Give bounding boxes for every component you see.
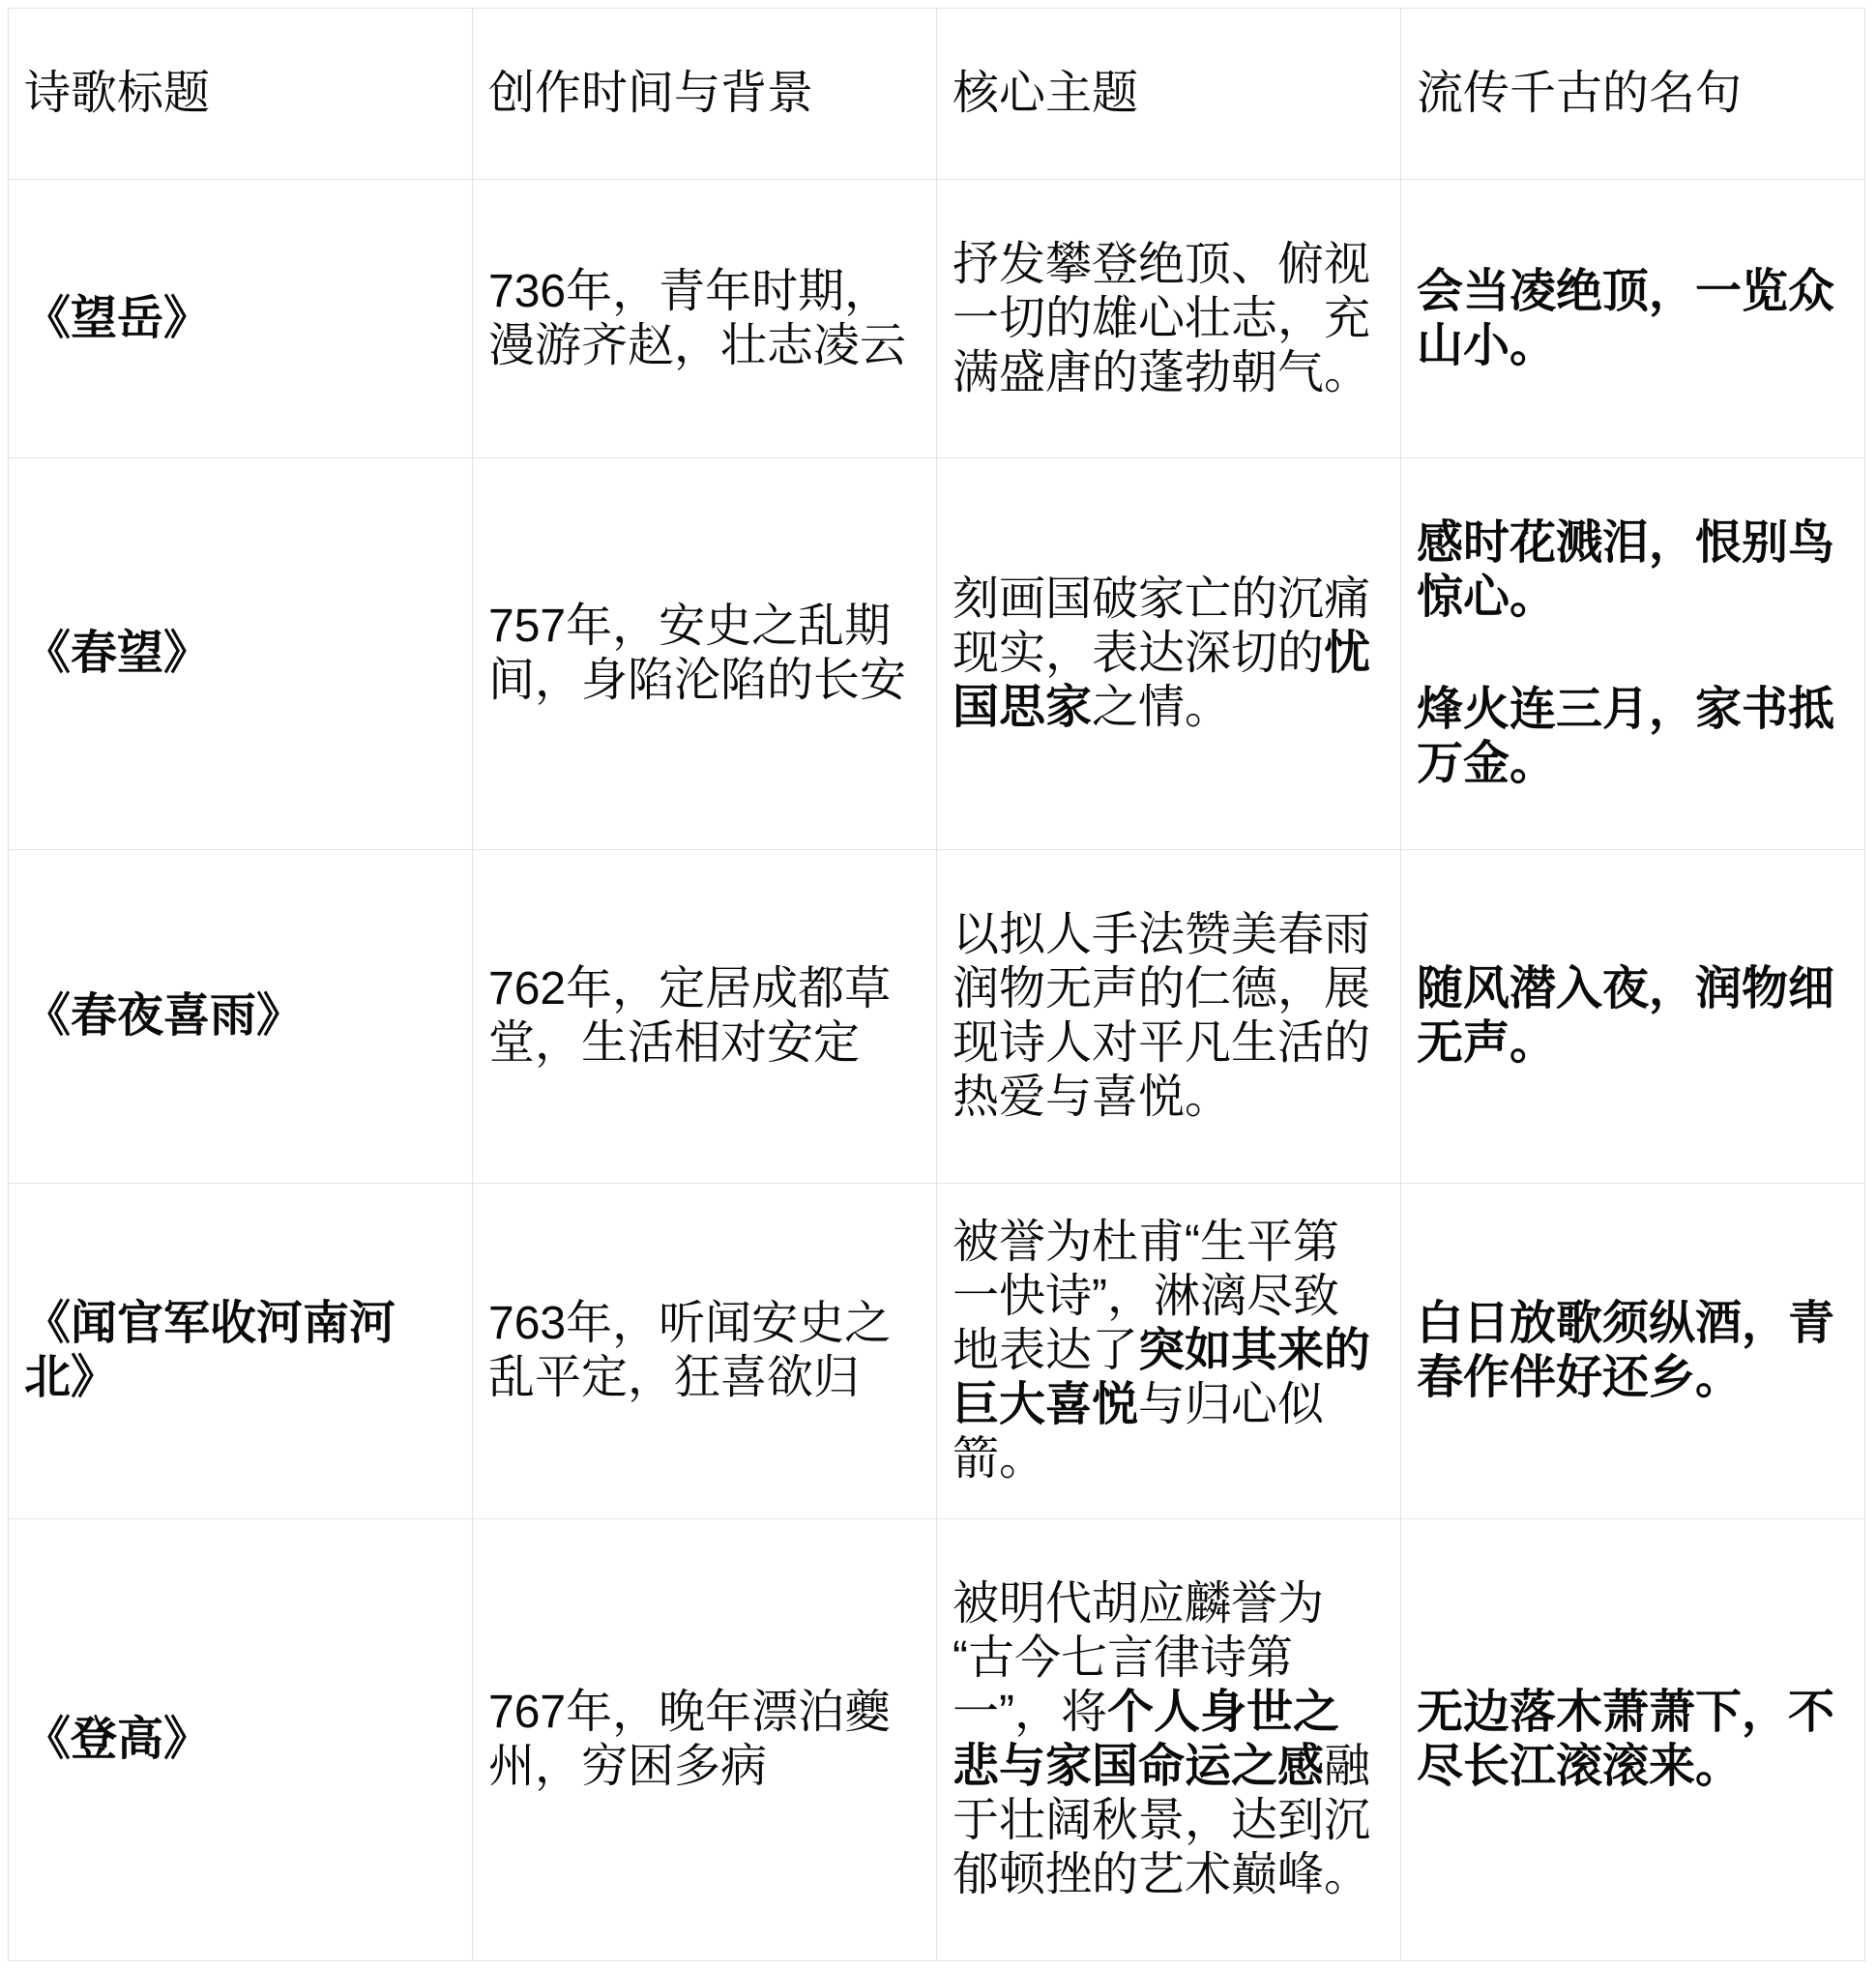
poetry-table-page: 诗歌标题 创作时间与背景 核心主题 流传千古的名句 《望岳》736年，青年时期，… xyxy=(0,0,1876,1969)
column-header-title: 诗歌标题 xyxy=(9,9,473,180)
famous-quote-line: 会当凌绝顶，一览众山小。 xyxy=(1417,265,1849,373)
famous-quote-line: 无边落木萧萧下，不尽长江滚滚来。 xyxy=(1417,1686,1849,1794)
core-theme-text: 被誉为杜甫“生平第一快诗”，淋漓尽致地表达了突如其来的巨大喜悦与归心似箭。 xyxy=(953,1216,1385,1486)
famous-quote-line: 随风潜入夜，润物细无声。 xyxy=(1417,962,1849,1071)
core-theme-cell: 以拟人手法赞美春雨润物无声的仁德，展现诗人对平凡生活的热爱与喜悦。 xyxy=(937,850,1401,1184)
famous-quote-line: 烽火连三月，家书抵万金。 xyxy=(1417,683,1849,791)
table-row: 《登高》767年，晚年漂泊夔州，穷困多病被明代胡应麟誉为“古今七言律诗第一”，将… xyxy=(9,1519,1865,1961)
core-theme-cell: 被誉为杜甫“生平第一快诗”，淋漓尽致地表达了突如其来的巨大喜悦与归心似箭。 xyxy=(937,1184,1401,1519)
poem-title-cell: 《春夜喜雨》 xyxy=(9,850,473,1184)
poem-title-cell: 《闻官军收河南河北》 xyxy=(9,1184,473,1519)
famous-quote-cell: 白日放歌须纵酒，青春作伴好还乡。 xyxy=(1401,1184,1865,1519)
theme-segment: 以拟人手法赞美春雨润物无声的仁德，展现诗人对平凡生活的热爱与喜悦。 xyxy=(953,909,1370,1123)
famous-quote-line: 感时花溅泪，恨别鸟惊心。 xyxy=(1417,516,1849,625)
core-theme-cell: 被明代胡应麟誉为“古今七言律诗第一”，将个人身世之悲与家国命运之感融于壮阔秋景，… xyxy=(937,1519,1401,1961)
table-body: 《望岳》736年，青年时期，漫游齐赵，壮志凌云抒发攀登绝顶、俯视一切的雄心壮志，… xyxy=(9,180,1865,1961)
table-row: 《春望》757年，安史之乱期间，身陷沦陷的长安刻画国破家亡的沉痛现实，表达深切的… xyxy=(9,458,1865,850)
creation-background-cell: 763年，听闻安史之乱平定，狂喜欲归 xyxy=(473,1184,937,1519)
poem-title-cell: 《春望》 xyxy=(9,458,473,850)
core-theme-text: 被明代胡应麟誉为“古今七言律诗第一”，将个人身世之悲与家国命运之感融于壮阔秋景，… xyxy=(953,1577,1385,1902)
famous-quote-cell: 无边落木萧萧下，不尽长江滚滚来。 xyxy=(1401,1519,1865,1961)
column-header-theme: 核心主题 xyxy=(937,9,1401,180)
table-row: 《望岳》736年，青年时期，漫游齐赵，壮志凌云抒发攀登绝顶、俯视一切的雄心壮志，… xyxy=(9,180,1865,458)
creation-background-cell: 767年，晚年漂泊夔州，穷困多病 xyxy=(473,1519,937,1961)
core-theme-text: 刻画国破家亡的沉痛现实，表达深切的忧国思家之情。 xyxy=(953,573,1385,735)
core-theme-cell: 刻画国破家亡的沉痛现实，表达深切的忧国思家之情。 xyxy=(937,458,1401,850)
poem-title-cell: 《登高》 xyxy=(9,1519,473,1961)
column-header-background: 创作时间与背景 xyxy=(473,9,937,180)
famous-quote-cell: 会当凌绝顶，一览众山小。 xyxy=(1401,180,1865,458)
header-row: 诗歌标题 创作时间与背景 核心主题 流传千古的名句 xyxy=(9,9,1865,180)
core-theme-cell: 抒发攀登绝顶、俯视一切的雄心壮志，充满盛唐的蓬勃朝气。 xyxy=(937,180,1401,458)
famous-quote-line: 白日放歌须纵酒，青春作伴好还乡。 xyxy=(1417,1297,1849,1405)
dufu-poems-table: 诗歌标题 创作时间与背景 核心主题 流传千古的名句 《望岳》736年，青年时期，… xyxy=(8,8,1865,1961)
table-row: 《春夜喜雨》762年，定居成都草堂，生活相对安定以拟人手法赞美春雨润物无声的仁德… xyxy=(9,850,1865,1184)
creation-background-cell: 757年，安史之乱期间，身陷沦陷的长安 xyxy=(473,458,937,850)
famous-quote-cell: 感时花溅泪，恨别鸟惊心。烽火连三月，家书抵万金。 xyxy=(1401,458,1865,850)
theme-segment: 抒发攀登绝顶、俯视一切的雄心壮志，充满盛唐的蓬勃朝气。 xyxy=(953,239,1370,398)
core-theme-text: 抒发攀登绝顶、俯视一切的雄心壮志，充满盛唐的蓬勃朝气。 xyxy=(953,238,1385,400)
theme-segment: 刻画国破家亡的沉痛现实，表达深切的 xyxy=(953,573,1370,679)
famous-quote-cell: 随风潜入夜，润物细无声。 xyxy=(1401,850,1865,1184)
column-header-quote: 流传千古的名句 xyxy=(1401,9,1865,180)
table-row: 《闻官军收河南河北》763年，听闻安史之乱平定，狂喜欲归被誉为杜甫“生平第一快诗… xyxy=(9,1184,1865,1519)
poem-title-cell: 《望岳》 xyxy=(9,180,473,458)
creation-background-cell: 762年，定居成都草堂，生活相对安定 xyxy=(473,850,937,1184)
creation-background-cell: 736年，青年时期，漫游齐赵，壮志凌云 xyxy=(473,180,937,458)
core-theme-text: 以拟人手法赞美春雨润物无声的仁德，展现诗人对平凡生活的热爱与喜悦。 xyxy=(953,908,1385,1125)
theme-segment: 之情。 xyxy=(1092,682,1231,733)
